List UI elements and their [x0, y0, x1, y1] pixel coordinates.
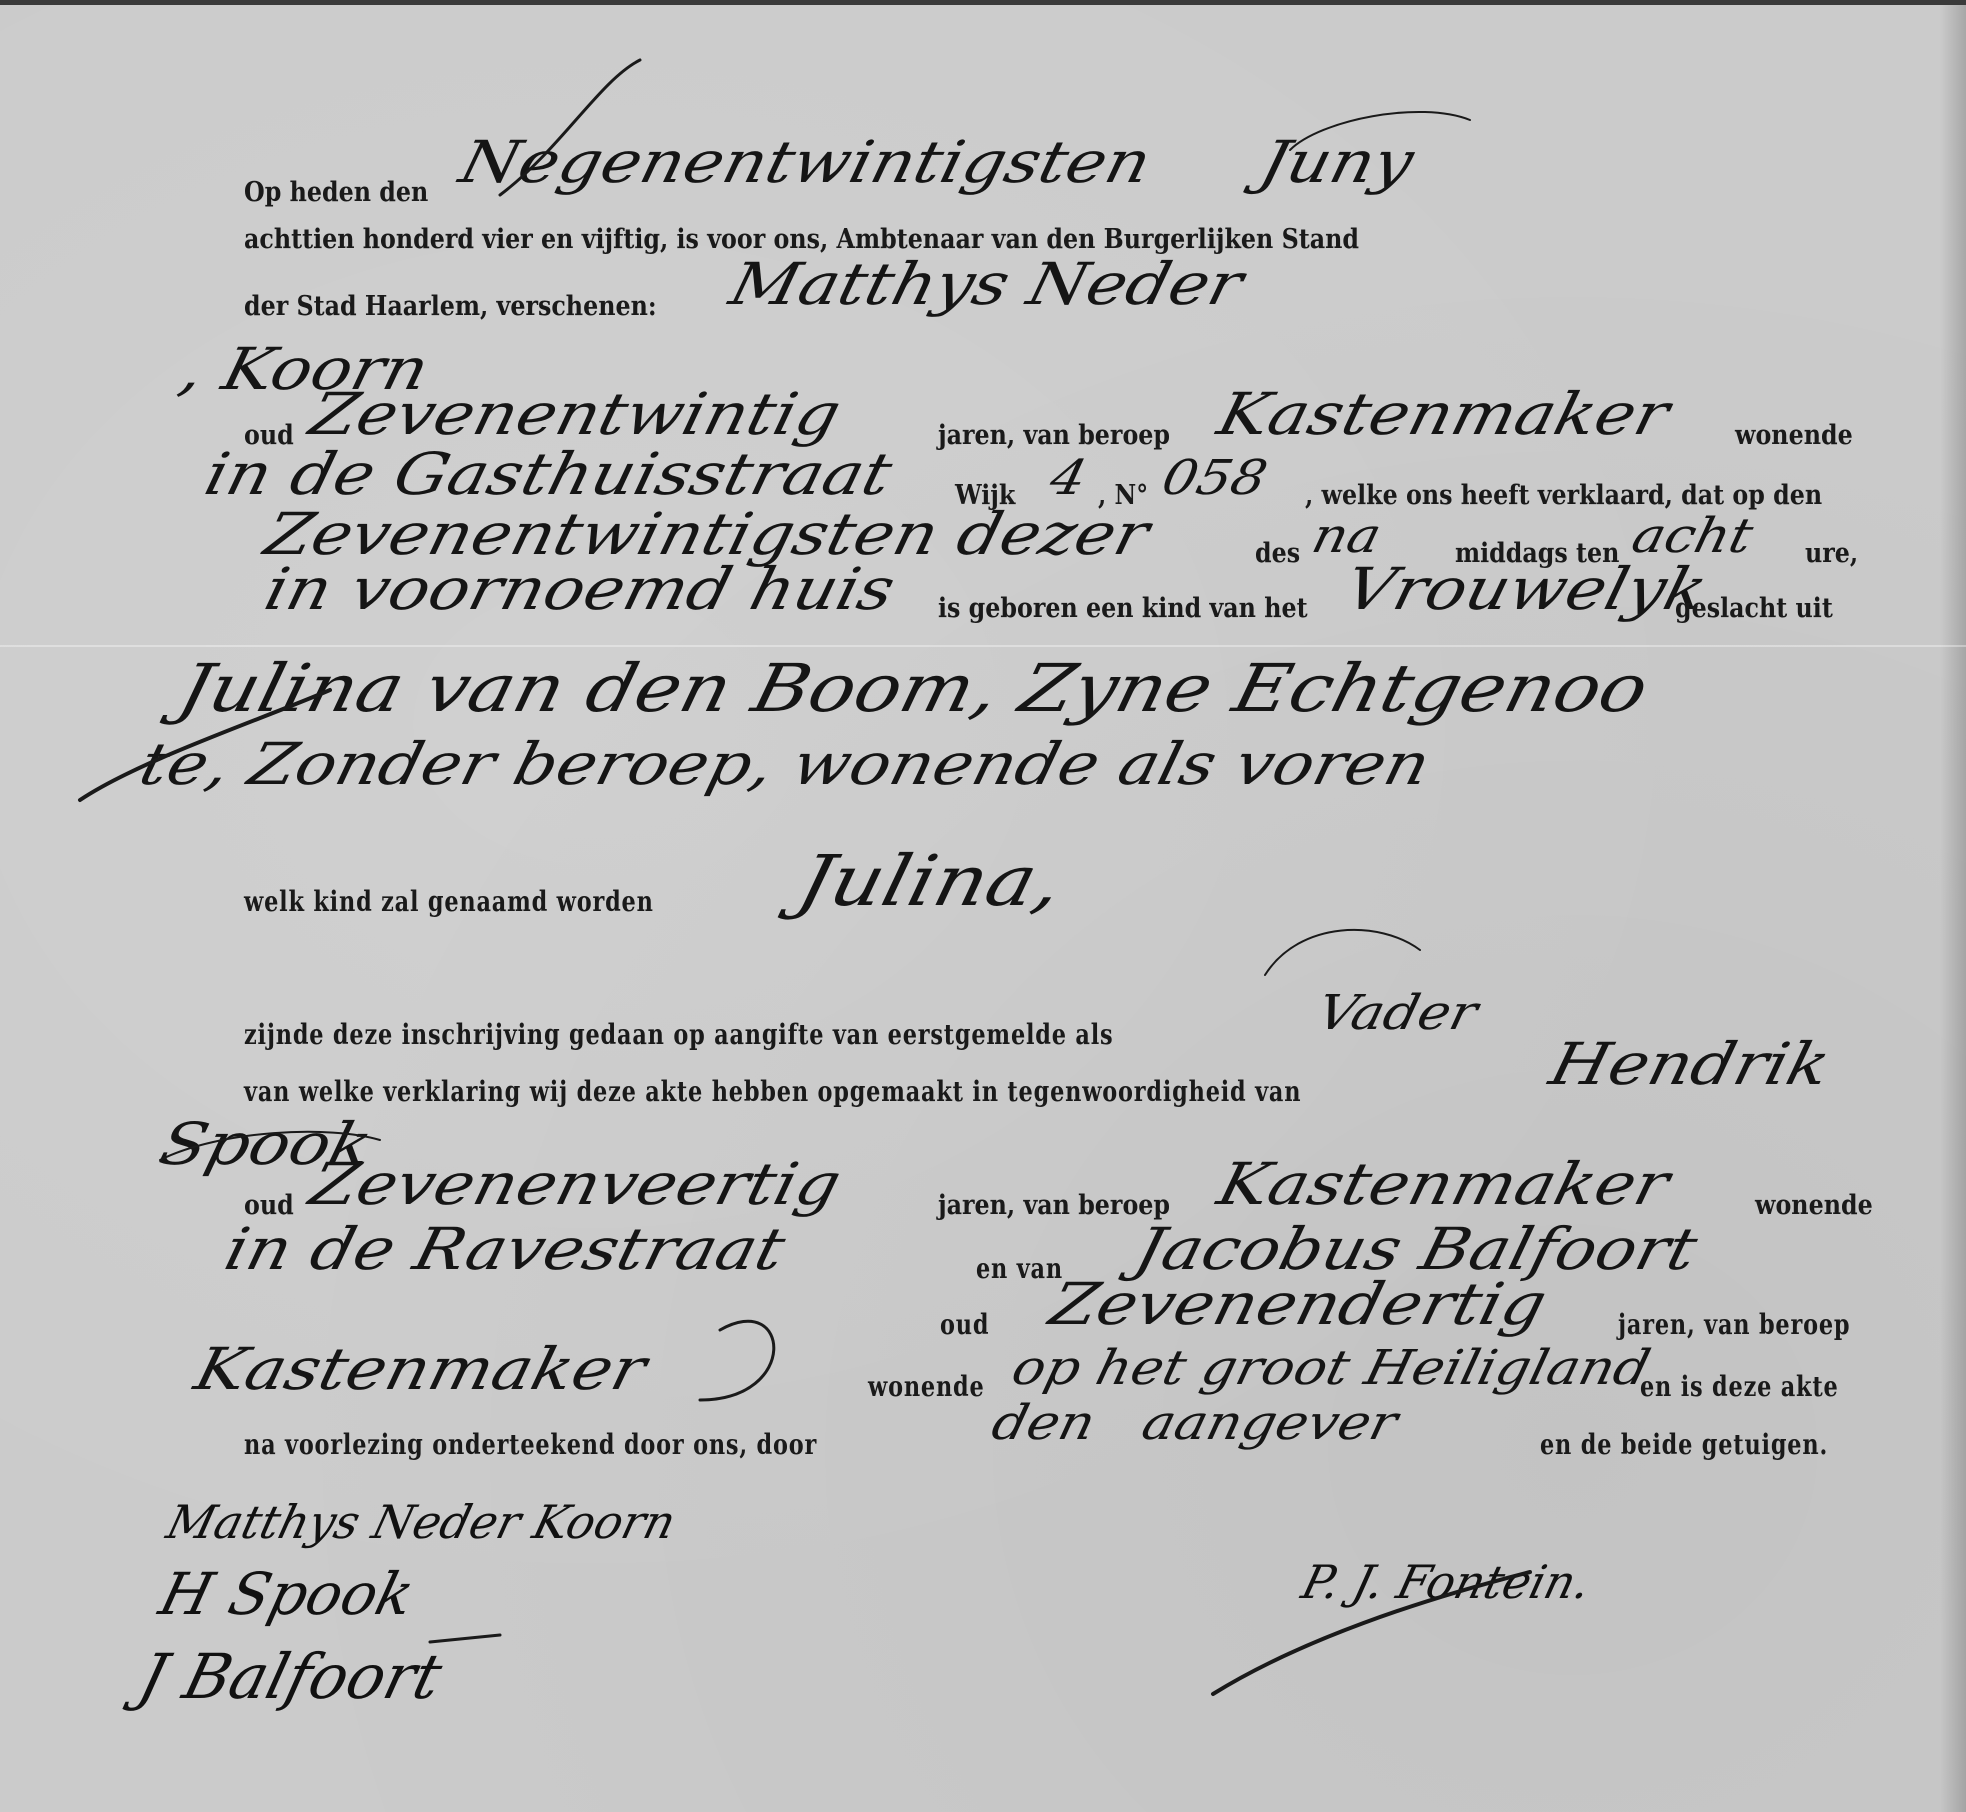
printed-wonende-1: wonende	[1735, 420, 1853, 451]
printed-jaren-3: jaren, van beroep	[1618, 1308, 1850, 1341]
hw-witness2-occupation: Kastenmaker	[188, 1335, 652, 1403]
hw-witness1-age: Zevenenveertig	[303, 1150, 847, 1218]
hw-wijk: 4	[1045, 450, 1093, 506]
printed-jaren-2: jaren, van beroep	[938, 1190, 1170, 1221]
page-top-edge	[0, 0, 1966, 5]
signature-official: P. J. Fontein.	[1297, 1555, 1597, 1609]
page-right-edge	[1940, 0, 1966, 1812]
hw-sex: Vrouwelyk	[1338, 555, 1714, 623]
printed-van-welke: van welke verklaring wij deze akte hebbe…	[244, 1075, 1301, 1108]
page-fold-line	[0, 645, 1966, 647]
hw-child-name: Julina,	[790, 840, 1071, 922]
hw-father-occupation: Kastenmaker	[1211, 380, 1675, 448]
hw-witness1-first: Hendrik	[1543, 1030, 1837, 1098]
signature-matthys-neder: Matthys Neder Koorn	[162, 1495, 682, 1549]
hw-signed-by: den	[987, 1395, 1101, 1451]
hw-number: 058	[1157, 450, 1273, 506]
hw-witness1-address: in de Ravestraat	[218, 1215, 791, 1283]
printed-wonende-3: wonende	[868, 1370, 985, 1403]
printed-des: des	[1255, 538, 1300, 569]
printed-wonende-2: wonende	[1755, 1190, 1873, 1221]
printed-line-3: der Stad Haarlem, verschenen:	[244, 291, 657, 322]
hw-month: Juny	[1253, 128, 1420, 196]
hw-father-age: Zevenentwintig	[303, 380, 847, 448]
signature-h-spook: H Spook	[153, 1560, 421, 1628]
hw-father-address: in de Gasthuisstraat	[198, 440, 898, 508]
hw-witness2-address: op het groot Heiligland	[1007, 1340, 1656, 1396]
printed-ure: ure,	[1805, 538, 1858, 569]
printed-jaren-1: jaren, van beroep	[938, 420, 1170, 451]
printed-beide: en de beide getuigen.	[1540, 1428, 1828, 1461]
printed-na-voorlezing: na voorlezing onderteekend door ons, doo…	[244, 1428, 817, 1461]
printed-en-van: en van	[976, 1252, 1063, 1285]
printed-geslacht: geslacht uit	[1675, 593, 1833, 624]
hw-mother-line-1: Julina van den Boom, Zyne Echtgenoo	[171, 650, 1656, 727]
hw-father-name: Matthys Neder	[723, 250, 1249, 318]
signature-j-balfoort: J Balfoort	[132, 1640, 449, 1713]
hw-declarant-role: Vader	[1312, 985, 1483, 1041]
printed-welke: , welke ons heeft verklaard, dat op den	[1305, 480, 1822, 511]
hw-day: Negenentwintigsten	[453, 128, 1158, 196]
hw-birth-place: in voornoemd huis	[258, 555, 901, 623]
printed-oud-3: oud	[940, 1308, 989, 1341]
printed-welk-kind: welk kind zal genaamd worden	[244, 885, 654, 918]
printed-zijnde: zijnde deze inschrijving gedaan op aangi…	[244, 1018, 1113, 1051]
printed-geboren: is geboren een kind van het	[938, 593, 1308, 624]
hw-mother-line-2: te, Zonder beroep, wonende als voren	[133, 730, 1437, 798]
printed-en-is: en is deze akte	[1640, 1370, 1839, 1403]
hw-signed-by-2: aangever	[1137, 1395, 1403, 1451]
printed-op-heden: Op heden den	[244, 177, 428, 208]
hw-witness1-occupation: Kastenmaker	[1211, 1150, 1675, 1218]
document-page: Op heden den Negenentwintigsten Juny ach…	[0, 0, 1966, 1812]
hw-witness2-age: Zevenendertig	[1043, 1270, 1553, 1338]
